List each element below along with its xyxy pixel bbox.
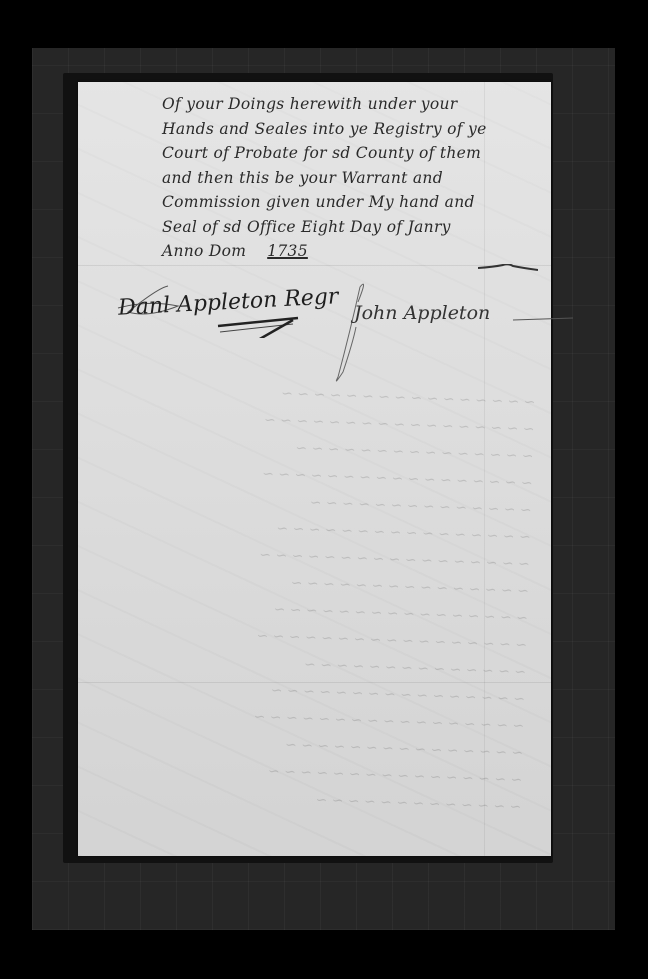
wax-seal-mark bbox=[478, 264, 538, 272]
text-line: Commission given under My hand and bbox=[162, 190, 542, 215]
bleed-through-text: ~ ~ ~ ~ ~ ~ ~ ~ ~ ~ ~ ~ ~ ~ ~ ~ ~ ~ ~ ~ … bbox=[90, 375, 536, 850]
signature-john-appleton: John Appleton bbox=[354, 302, 490, 324]
text-line-date: Anno Dom 1735 bbox=[162, 239, 542, 264]
text-line: and then this be your Warrant and bbox=[162, 166, 542, 191]
text-line: Hands and Seales into ye Registry of ye bbox=[162, 117, 542, 142]
text-line: Court of Probate for sd County of them bbox=[162, 141, 542, 166]
manuscript-text: Of your Doings herewith under your Hands… bbox=[162, 92, 542, 264]
text-line: Seal of sd Office Eight Day of Janry bbox=[162, 215, 542, 240]
anno-dom: Anno Dom bbox=[162, 242, 246, 260]
year: 1735 bbox=[267, 242, 308, 260]
signature-flourish bbox=[328, 272, 578, 392]
text-line: Of your Doings herewith under your bbox=[162, 92, 542, 117]
manuscript-page: ~ ~ ~ ~ ~ ~ ~ ~ ~ ~ ~ ~ ~ ~ ~ ~ ~ ~ ~ ~ … bbox=[78, 82, 551, 856]
